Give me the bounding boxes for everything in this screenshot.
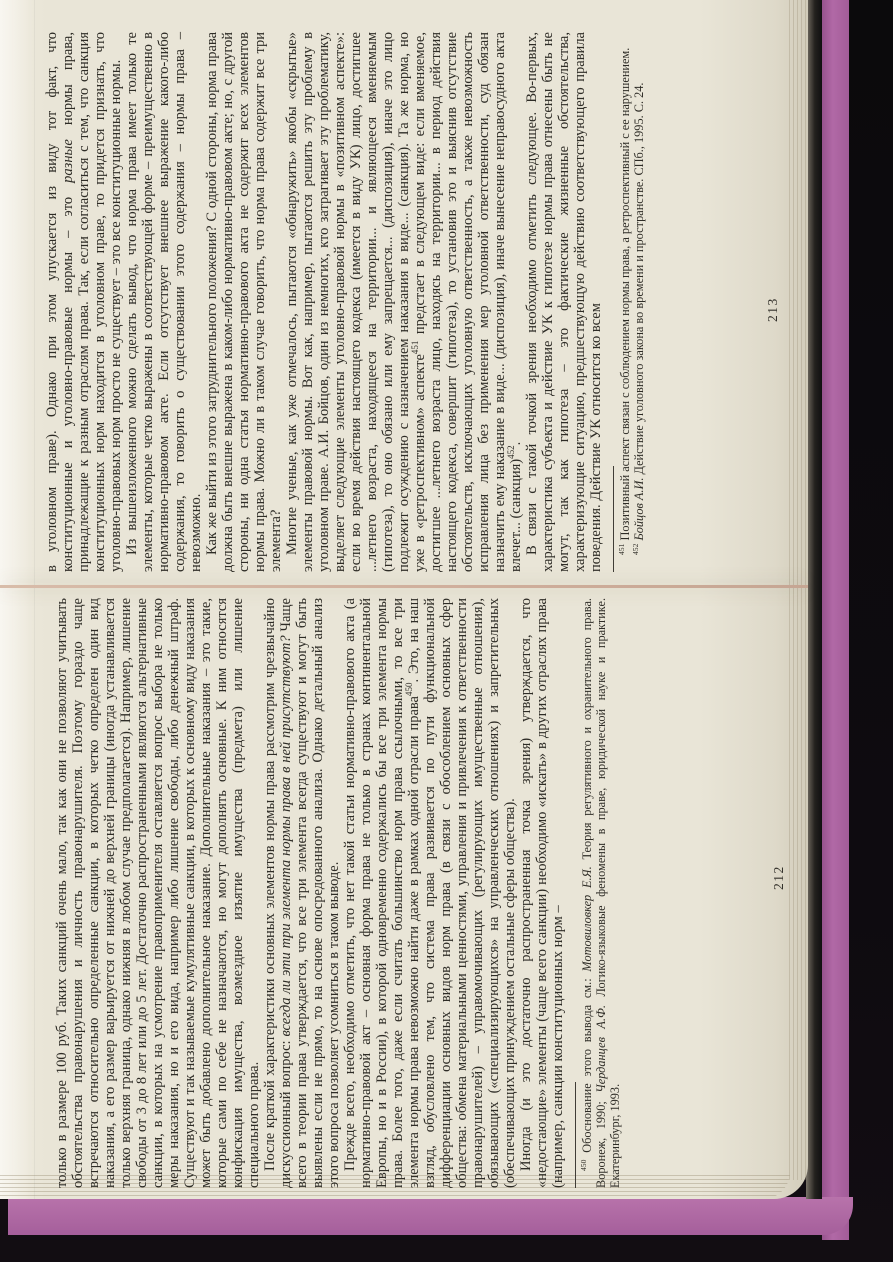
footnote-ref: 450 xyxy=(579,1160,588,1171)
paragraph: в уголовном праве). Однако при этом упус… xyxy=(44,32,124,572)
page-number-right: 213 xyxy=(765,286,781,322)
footnote-ref: 451 xyxy=(410,341,420,354)
fore-edge-highlight xyxy=(0,0,35,1199)
text-run: Обоснование этого вывода см.: xyxy=(580,972,594,1160)
book-cover-bottom-band xyxy=(8,1197,853,1235)
text-run: . xyxy=(508,442,524,446)
paragraph: В связи с такой точкой зрения необходимо… xyxy=(524,32,604,572)
paragraph: 450 Обоснование этого вывода см.: Мотови… xyxy=(581,598,622,1188)
paragraph: 451 Позитивный аспект связан с соблюдени… xyxy=(619,32,633,572)
book-photo: в уголовном праве). Однако при этом упус… xyxy=(0,0,893,1262)
footnote-ref: 452 xyxy=(631,544,640,555)
paragraph: Из вышеизложенного можно сделать вывод, … xyxy=(124,32,204,572)
footnote-separator xyxy=(613,466,614,572)
page-stack-edge-right xyxy=(786,0,808,1180)
page-edge-shadow xyxy=(806,0,822,1199)
paragraph: Прежде всего, необходимо отметить, что н… xyxy=(342,598,518,1188)
book-cover-right-band xyxy=(822,0,849,1240)
text-run: Иногда (и это достаточно распространенна… xyxy=(518,598,566,1188)
page-left-212: только в размере 100 руб. Таких санкций … xyxy=(54,598,776,1188)
text-run: только в размере 100 руб. Таких санкций … xyxy=(54,598,262,1188)
footnote-ref: 452 xyxy=(506,445,516,458)
text-run: Многие ученые, как уже отмечалось, пытаю… xyxy=(284,32,428,572)
paragraph: Как же выйти из этого затруднительного п… xyxy=(204,32,284,572)
paragraph: После краткой характеристики основных эл… xyxy=(262,598,342,1188)
text-run: Черданцев А.Ф. xyxy=(594,1005,608,1093)
text-run: . Это, на наш взгляд, обусловлено тем, ч… xyxy=(406,598,518,1188)
text-run: предстает в следующем виде: если вменяем… xyxy=(412,32,524,572)
text-run xyxy=(632,541,646,544)
page-212-body: только в размере 100 руб. Таких санкций … xyxy=(54,598,566,1188)
text-run: Как же выйти из этого затруднительного п… xyxy=(204,32,284,572)
page-213-body: в уголовном праве). Однако при этом упус… xyxy=(44,32,604,572)
text-run: Позитивный аспект связан с соблюдением н… xyxy=(618,48,632,544)
text-run: Мотовиловкер Е.Я. xyxy=(580,866,594,971)
footnote-separator xyxy=(575,1082,576,1188)
paragraph: только в размере 100 руб. Таких санкций … xyxy=(54,598,262,1188)
page-212-footnotes: 450 Обоснование этого вывода см.: Мотови… xyxy=(581,598,622,1188)
page-right-213: в уголовном праве). Однако при этом упус… xyxy=(44,32,766,572)
page-number-left: 212 xyxy=(771,854,787,890)
page-213-footnotes: 451 Позитивный аспект связан с соблюдени… xyxy=(619,32,647,572)
page-gutter-fold xyxy=(0,585,808,588)
text-run: В связи с такой точкой зрения необходимо… xyxy=(524,32,604,572)
text-run: всегда ли эти три элемента нормы права в… xyxy=(278,635,294,1036)
text-run: Из вышеизложенного можно сделать вывод, … xyxy=(124,32,204,572)
text-run: Бойцов А.И. xyxy=(632,478,646,541)
text-run: Действие уголовного закона во времени и … xyxy=(632,83,646,478)
footnote-ref: 451 xyxy=(617,544,626,555)
paragraph: 452 Бойцов А.И. Действие уголовного зако… xyxy=(633,32,647,572)
paragraph: Многие ученые, как уже отмечалось, пытаю… xyxy=(284,32,524,572)
footnote-ref: 450 xyxy=(404,683,414,696)
text-run: разные xyxy=(60,139,76,183)
paragraph: Иногда (и это достаточно распространенна… xyxy=(518,598,566,1188)
